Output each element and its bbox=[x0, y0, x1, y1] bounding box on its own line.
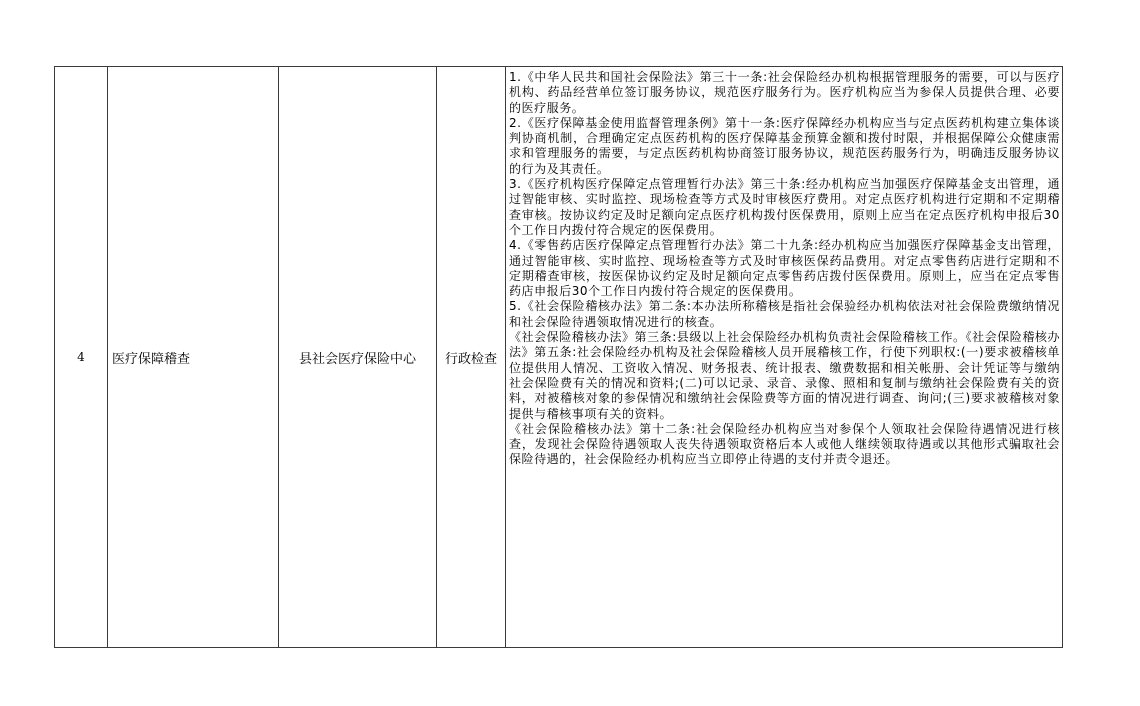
basis-paragraph: 《社会保险稽核办法》第三条:县级以上社会保险经办机构负责社会保险稽核工作。《社会… bbox=[509, 330, 1060, 422]
basis-paragraph: 《社会保险稽核办法》第十二条:社会保险经办机构应当对参保个人领取社会保险待遇情况… bbox=[509, 422, 1060, 468]
table-row: 4 医疗保障稽查 县社会医疗保险中心 行政检查 1.《中华人民共和国社会保险法》… bbox=[55, 67, 1063, 648]
basis-paragraph: 2.《医疗保障基金使用监督管理条例》第十一条:医疗保障经办机构应当与定点医药机构… bbox=[509, 116, 1060, 177]
legal-basis-cell: 1.《中华人民共和国社会保险法》第三十一条:社会保险经办机构根据管理服务的需要，… bbox=[506, 67, 1063, 648]
basis-paragraph: 1.《中华人民共和国社会保险法》第三十一条:社会保险经办机构根据管理服务的需要，… bbox=[509, 70, 1060, 116]
regulation-table: 4 医疗保障稽查 县社会医疗保险中心 行政检查 1.《中华人民共和国社会保险法》… bbox=[54, 66, 1063, 648]
basis-paragraph: 5.《社会保险稽核办法》第二条:本办法所称稽核是指社会保验经办机构依法对社会保险… bbox=[509, 299, 1060, 330]
item-name-cell: 医疗保障稽查 bbox=[108, 67, 279, 648]
organization-cell: 县社会医疗保险中心 bbox=[279, 67, 437, 648]
basis-paragraph: 4.《零售药店医疗保障定点管理暂行办法》第二十九条:经办机构应当加强医疗保障基金… bbox=[509, 238, 1060, 299]
action-type-cell: 行政检查 bbox=[437, 67, 506, 648]
row-number-cell: 4 bbox=[55, 67, 108, 648]
basis-paragraph: 3.《医疗机构医疗保障定点管理暂行办法》第三十条:经办机构应当加强医疗保障基金支… bbox=[509, 177, 1060, 238]
